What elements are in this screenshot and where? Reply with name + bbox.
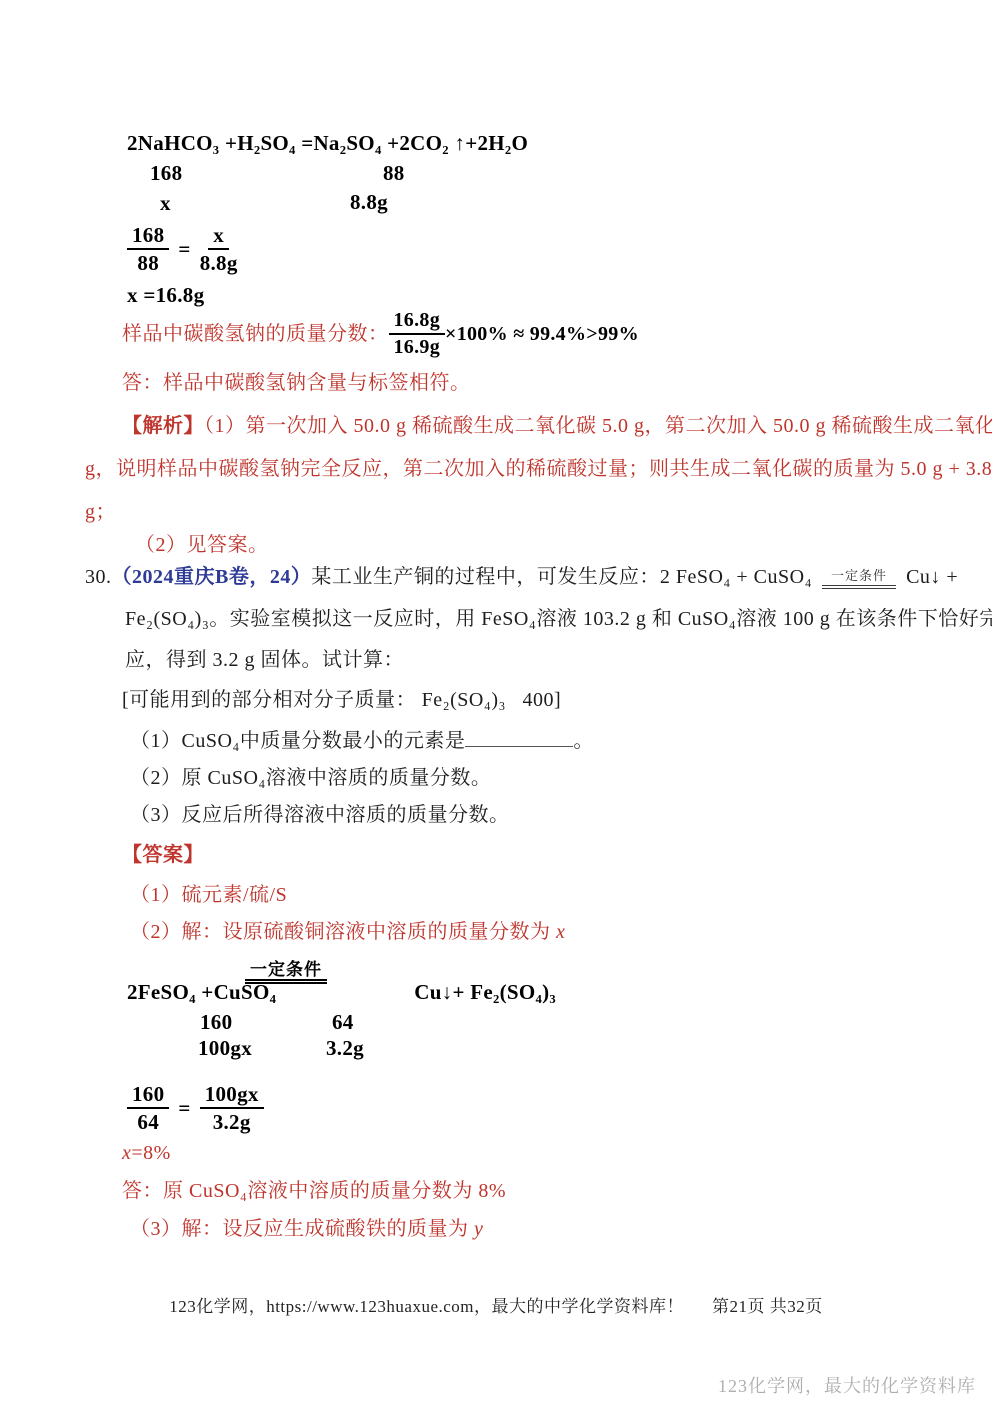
mass-fraction-line: 样品中碳酸氢钠的质量分数： 16.8g 16.9g ×100% ≈ 99.4%>… <box>122 310 639 358</box>
mass-fraction-result: ×100% ≈ 99.4%>99% <box>445 323 639 346</box>
answer-section-label: 【答案】 <box>122 843 204 867</box>
analysis-line-3: g； <box>85 500 116 524</box>
reaction-condition-inline: 一定条件 <box>822 564 896 589</box>
equation-1-given-mass: 8.8g <box>350 190 388 215</box>
analysis-line-4: （2）见答案。 <box>135 533 269 557</box>
proportion-1-left-fraction: 168 88 <box>127 224 169 274</box>
answer-blank <box>465 728 573 747</box>
footer-page-info: 第21页 共32页 <box>712 1297 823 1316</box>
proportion-2: 160 64 = 100gx 3.2g <box>127 1083 264 1133</box>
question-30-sub1: （1）CuSO₄中质量分数最小的元素是。 <box>130 728 594 753</box>
solution-x-percent: x=8% <box>122 1141 171 1165</box>
footer-site-line: 123化学网，https://www.123huaxue.com，最大的中学化学… <box>169 1297 684 1316</box>
proportion-2-left-fraction: 160 64 <box>127 1083 169 1133</box>
question-30-sub3: （3）反应后所得溶液中溶质的质量分数。 <box>130 803 510 827</box>
equation-2: 一定条件 2FeSO₄ +CuSO₄Cu↓+ Fe₂(SO₄)₃ <box>127 980 556 1005</box>
answer-sentence: 答：样品中碳酸氢钠含量与标签相符。 <box>122 371 471 395</box>
equation-1-formula: 2NaHCO₃ +H₂SO₄ =Na₂SO₄ +2CO₂ ↑+2H₂O <box>127 131 528 156</box>
watermark: 123化学网，最大的化学资料库 <box>718 1372 976 1398</box>
analysis-label: 【解析】 <box>122 415 204 437</box>
question-30-sub2: （2）原 CuSO₄溶液中溶质的质量分数。 <box>130 766 491 790</box>
equation-1-unknown: x <box>160 191 171 216</box>
variable-x: x <box>122 1142 131 1164</box>
analysis-line-2: g，说明样品中碳酸氢钠完全反应，第二次加入的稀硫酸过量；则共生成二氧化碳的质量为… <box>85 457 992 481</box>
reaction-condition-big: 一定条件 <box>245 961 327 984</box>
equation-2-amount-left: 100gx <box>198 1036 252 1061</box>
mass-fraction-fraction: 16.8g 16.9g <box>389 310 446 358</box>
answer-30-2-intro: （2）解：设原硫酸铜溶液中溶质的质量分数为 x <box>130 920 565 944</box>
proportion-1-right-fraction: x 8.8g <box>200 224 238 274</box>
variable-x: x <box>556 921 565 943</box>
question-30-intro: 某工业生产铜的过程中，可发生反应：2 FeSO₄ + CuSO₄ <box>311 566 812 588</box>
question-30-number: 30. <box>85 566 112 588</box>
equals-sign: = <box>178 237 190 262</box>
question-30-after-condition: Cu↓ + <box>906 566 958 588</box>
equation-2-formula: 2FeSO₄ +CuSO₄Cu↓+ Fe₂(SO₄)₃ <box>127 980 556 1005</box>
equation-2-molar-mass-left: 160 <box>200 1010 232 1035</box>
equation-2-molar-mass-right: 64 <box>332 1010 354 1035</box>
question-30-line-1: 30.（2024重庆B卷，24）某工业生产铜的过程中，可发生反应：2 FeSO₄… <box>85 564 958 589</box>
mass-fraction-label: 样品中碳酸氢钠的质量分数： <box>122 322 389 346</box>
question-30-line-3: 应，得到 3.2 g 固体。试计算： <box>125 648 404 672</box>
proportion-1: 168 88 = x 8.8g <box>127 224 238 274</box>
equation-2-amount-right: 3.2g <box>326 1036 364 1061</box>
question-30-line-2: Fe₂(SO₄)₃。实验室模拟这一反应时，用 FeSO₄溶液 103.2 g 和… <box>125 607 992 631</box>
analysis-line-1: 【解析】（1）第一次加入 50.0 g 稀硫酸生成二氧化碳 5.0 g，第二次加… <box>122 414 992 438</box>
answer-30-1: （1）硫元素/硫/S <box>130 883 287 907</box>
document-page: 2NaHCO₃ +H₂SO₄ =Na₂SO₄ +2CO₂ ↑+2H₂O 168 … <box>0 0 992 1403</box>
equals-sign: = <box>178 1096 190 1121</box>
question-30-source: （2024重庆B卷，24） <box>112 566 312 588</box>
page-footer: 123化学网，https://www.123huaxue.com，最大的中学化学… <box>0 1292 992 1317</box>
solution-x-value: x =16.8g <box>127 283 204 308</box>
question-30-hint: [可能用到的部分相对分子质量： Fe₂(SO₄)₃ 400] <box>122 688 561 712</box>
variable-y: y <box>474 1218 483 1240</box>
equation-1-molar-mass-product: 88 <box>383 161 405 186</box>
equation-1-molar-mass-reactant: 168 <box>150 161 182 186</box>
answer-30-3-intro: （3）解：设反应生成硫酸铁的质量为 y <box>130 1217 483 1241</box>
proportion-2-right-fraction: 100gx 3.2g <box>200 1083 264 1133</box>
answer-30-2-answer: 答：原 CuSO₄溶液中溶质的质量分数为 8% <box>122 1179 506 1203</box>
